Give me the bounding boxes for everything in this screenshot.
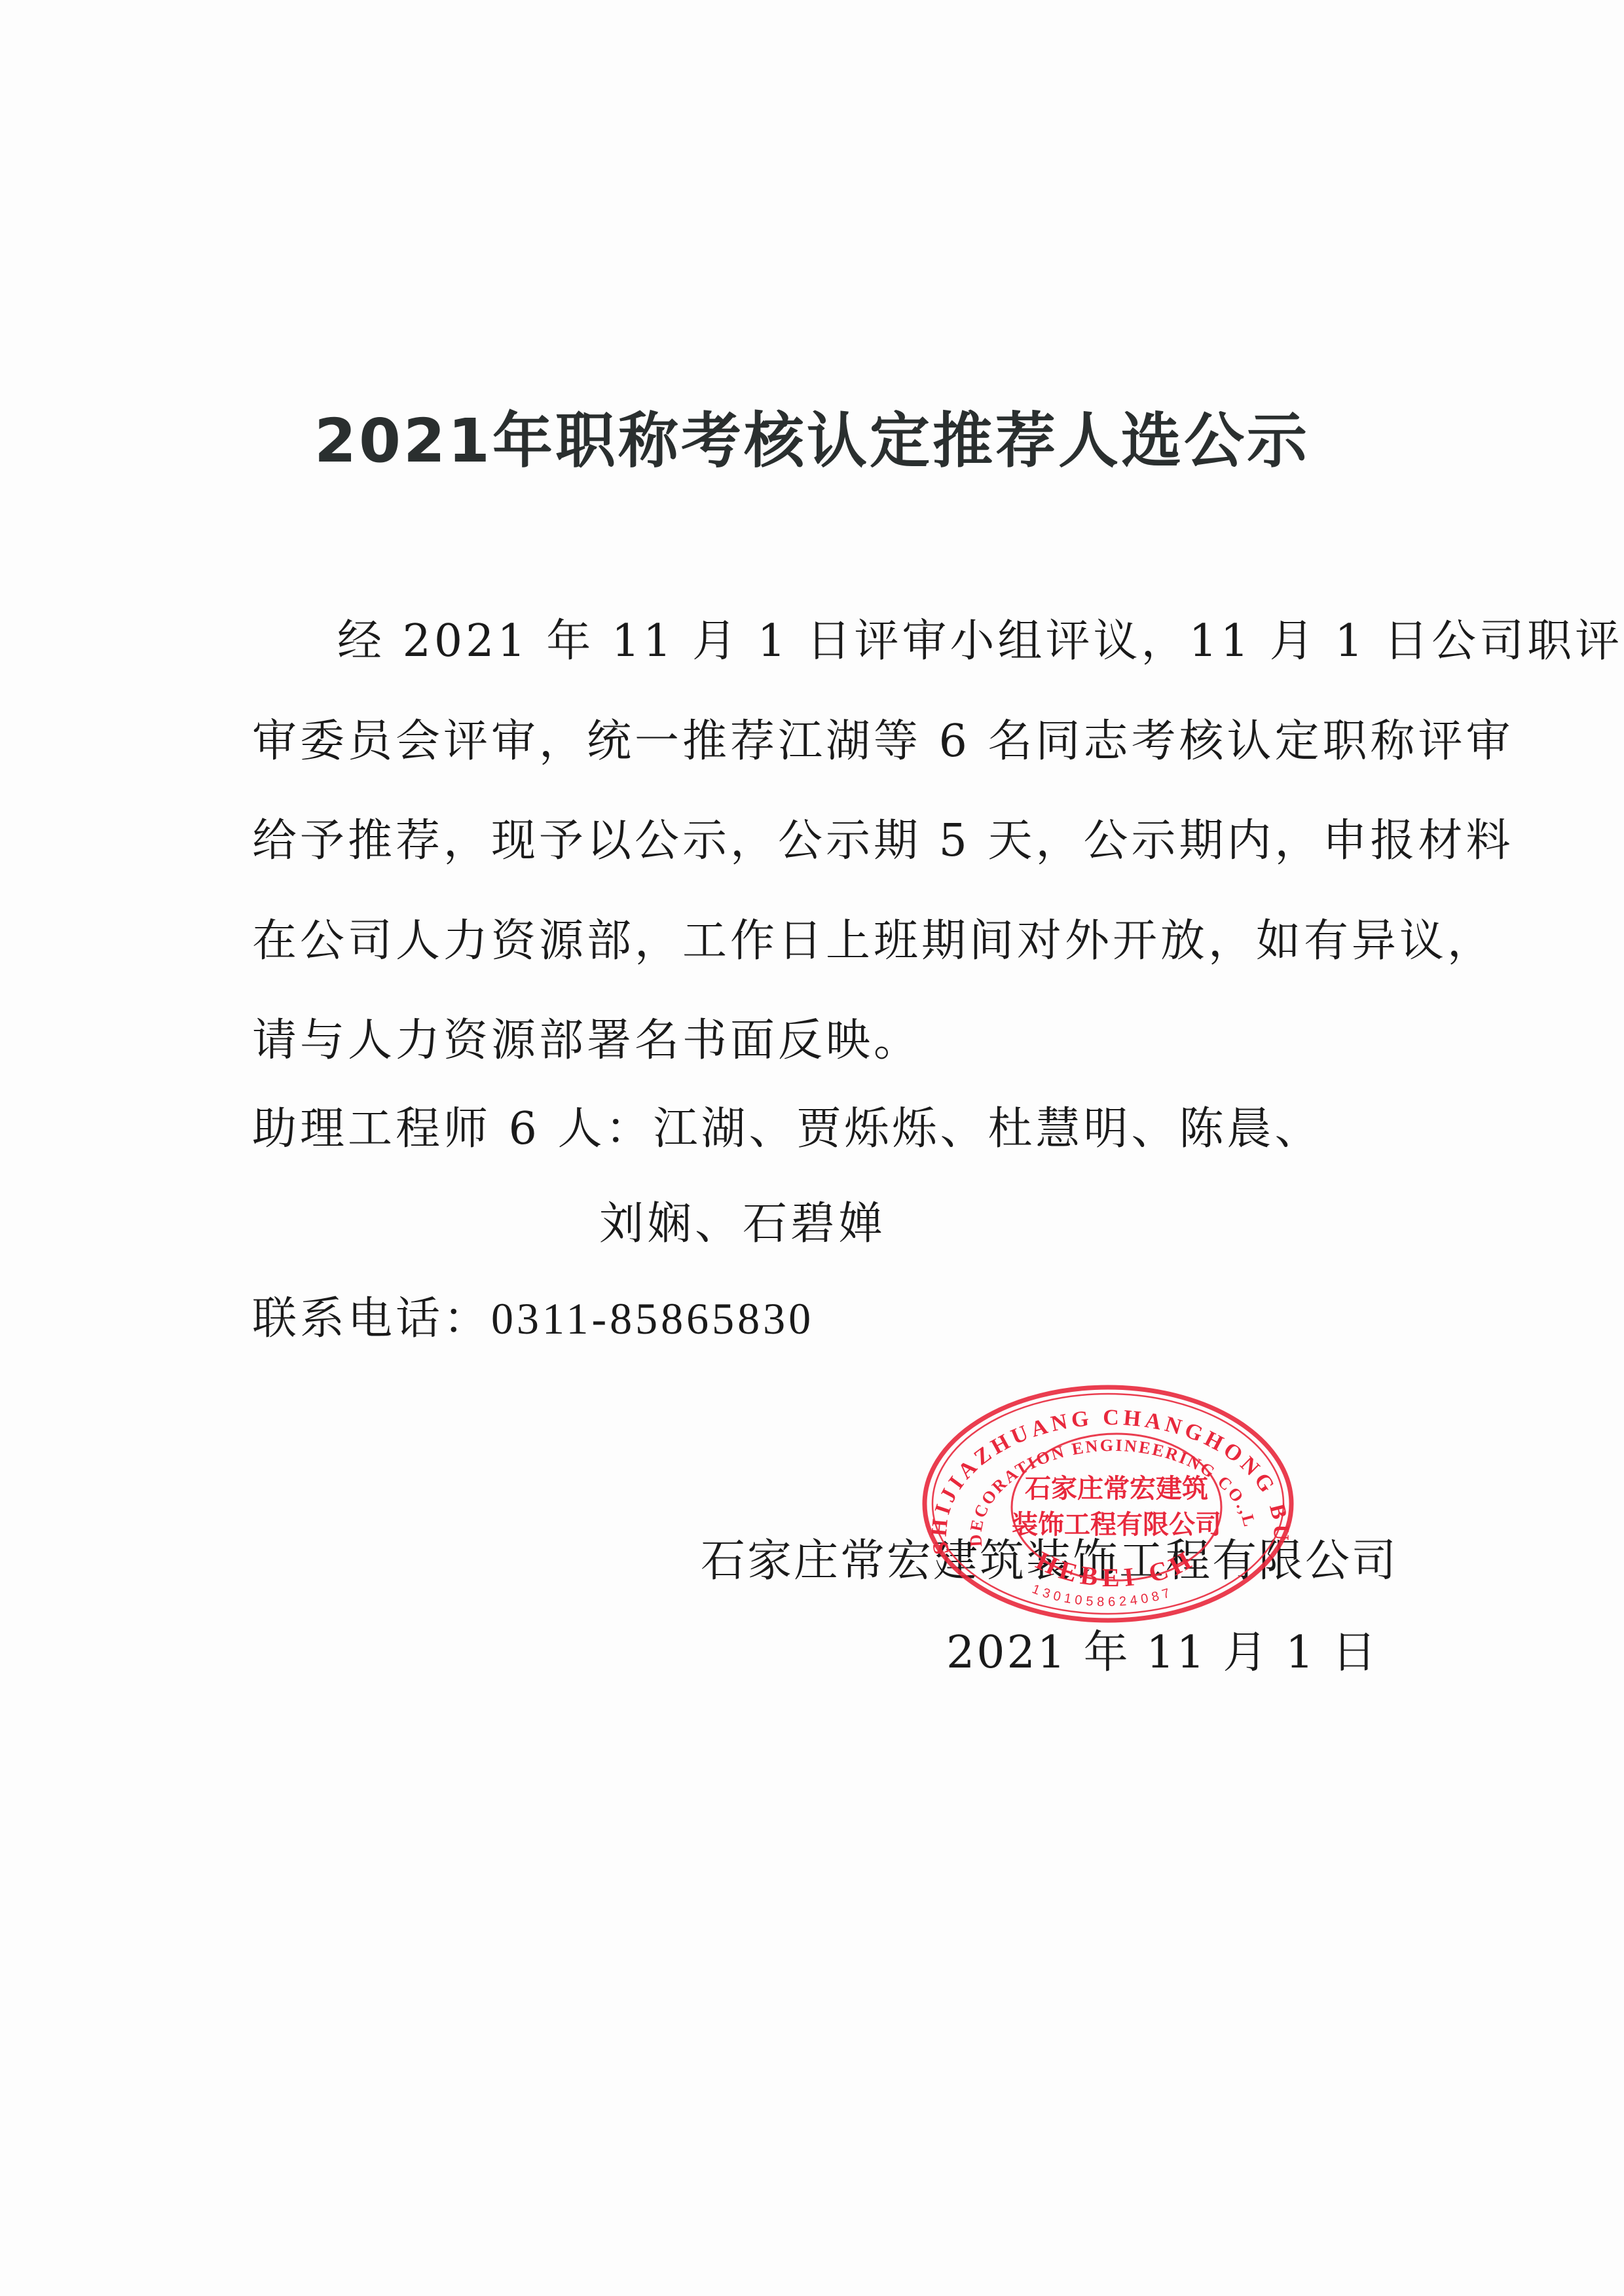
company-seal-stamp: SHIJIAZHUANG CHANGHONG BUILDING DECORATI… (920, 1383, 1297, 1625)
document-title: 2021年职称考核认定推荐人选公示 (0, 393, 1624, 479)
stamp-center-line-2: 装饰工程有限公司 (1012, 1509, 1221, 1540)
document-page: 2021年职称考核认定推荐人选公示 经 2021 年 11 月 1 日评审小组评… (0, 0, 1624, 2296)
nominees-line: 助理工程师 6 人：江湖、贾烁烁、杜慧明、陈晨、 (252, 1093, 1323, 1157)
nominees-label: 助理工程师 6 人： (252, 1103, 654, 1155)
signature-date: 2021 年 11 月 1 日 (946, 1617, 1378, 1681)
paragraph-line-2: 审委员会评审，统一推荐江湖等 6 名同志考核认定职称评审 (252, 706, 1514, 769)
paragraph-line-5: 请与人力资源部署名书面反映。 (252, 1005, 921, 1068)
contact-line: 联系电话：0311-85865830 (252, 1283, 814, 1347)
nominees-names-2: 刘娴、石碧婵 (599, 1188, 886, 1252)
paragraph-line-4: 在公司人力资源部，工作日上班期间对外开放，如有异议， (252, 905, 1495, 969)
contact-label: 联系电话： (252, 1293, 491, 1345)
contact-phone: 0311-85865830 (491, 1294, 814, 1343)
paragraph-line-3: 给予推荐，现予以公示，公示期 5 天，公示期内，申报材料 (252, 805, 1514, 869)
stamp-center-line-1: 石家庄常宏建筑 (1025, 1473, 1208, 1504)
paragraph-line-1: 经 2021 年 11 月 1 日评审小组评议，11 月 1 日公司职评 (337, 606, 1623, 669)
nominees-names-1: 江湖、贾烁烁、杜慧明、陈晨、 (654, 1103, 1323, 1155)
